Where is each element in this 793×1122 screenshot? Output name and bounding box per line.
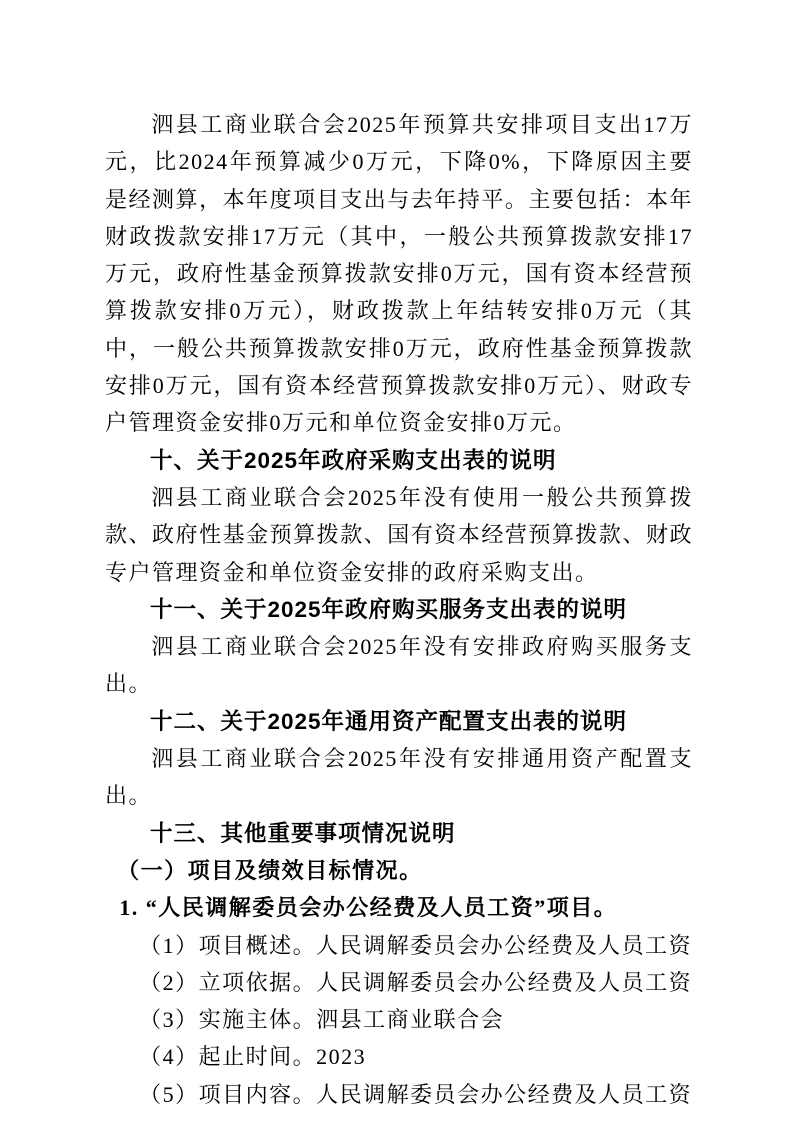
section-heading-government-procurement: 十、关于2025年政府采购支出表的说明 [105, 442, 693, 479]
project-item-implementing-body: （3）实施主体。泗县工商业联合会 [105, 1001, 693, 1038]
paragraph-asset-allocation: 泗县工商业联合会2025年没有安排通用资产配置支出。 [105, 740, 693, 815]
subheading-project-performance-goals: （一）项目及绩效目标情况。 [105, 852, 693, 889]
project-item-overview: （1）项目概述。人民调解委员会办公经费及人员工资 [105, 927, 693, 964]
paragraph-purchased-services: 泗县工商业联合会2025年没有安排政府购买服务支出。 [105, 628, 693, 703]
paragraph-project-expenditure-overview: 泗县工商业联合会2025年预算共安排项目支出17万元，比2024年预算减少0万元… [105, 106, 693, 442]
section-heading-asset-allocation: 十二、关于2025年通用资产配置支出表的说明 [105, 703, 693, 740]
section-heading-purchased-services: 十一、关于2025年政府购买服务支出表的说明 [105, 591, 693, 628]
project-item-start-end-time: （4）起止时间。2023 [105, 1038, 693, 1075]
document-page: 泗县工商业联合会2025年预算共安排项目支出17万元，比2024年预算减少0万元… [0, 0, 793, 1122]
project-item-approval-basis: （2）立项依据。人民调解委员会办公经费及人员工资 [105, 964, 693, 1001]
project-item-content: （5）项目内容。人民调解委员会办公经费及人员工资 [105, 1076, 693, 1113]
section-heading-other-important-matters: 十三、其他重要事项情况说明 [105, 815, 693, 852]
project-title-mediation-committee: 1. “人民调解委员会办公经费及人员工资”项目。 [105, 889, 693, 926]
document-content: 泗县工商业联合会2025年预算共安排项目支出17万元，比2024年预算减少0万元… [105, 106, 693, 1113]
paragraph-government-procurement: 泗县工商业联合会2025年没有使用一般公共预算拨款、政府性基金预算拨款、国有资本… [105, 479, 693, 591]
